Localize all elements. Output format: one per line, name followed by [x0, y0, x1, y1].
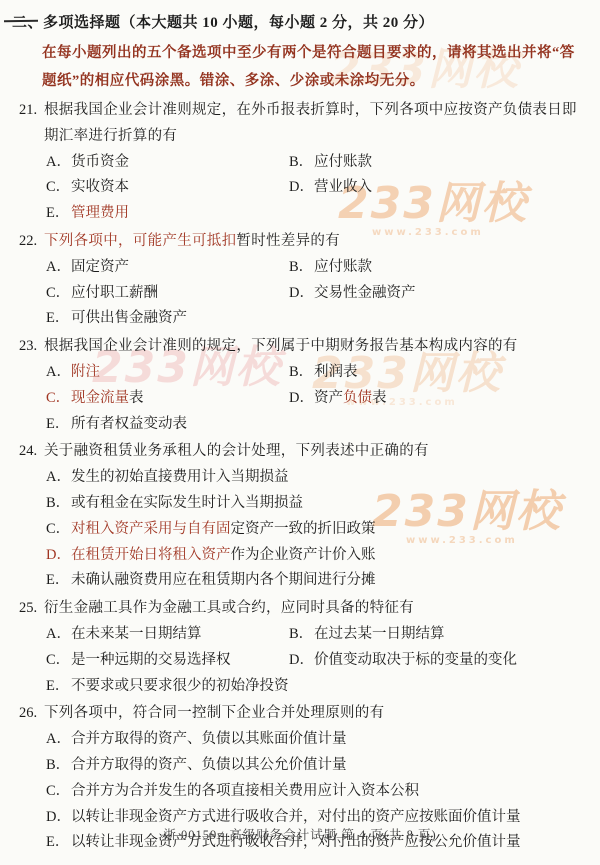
option: B．或有租金在实际发生时计入当期损益 — [46, 491, 582, 517]
option-label: B． — [289, 255, 314, 281]
option: E．所有者权益变动表 — [46, 412, 289, 438]
option-text: 在未来某一日期结算 — [71, 626, 202, 642]
option-label: C． — [46, 517, 71, 543]
text-segment: 下列各项中，可能产生可抵扣 — [44, 233, 236, 249]
instruction-line-2: 题纸”的相应代码涂黑。错涂、多涂、少涂或未涂均无分。 — [42, 68, 582, 96]
question-number: 25. — [19, 596, 37, 622]
instruction-line-1: 在每小题列出的五个备选项中至少有两个是符合题目要求的，请将其选出并将“答 — [42, 40, 582, 68]
options: A．货币资金B．应付账款C．实收资本D．营业收入E．管理费用 — [0, 150, 582, 227]
question: 21.根据我国企业会计准则规定，在外币报表折算时，下列各项中应按资产负债表日即期… — [0, 98, 582, 227]
text-segment: 在租赁开始日将租入资产 — [71, 547, 231, 563]
text-segment: 合并方取得的资产、负债以其账面价值计量 — [71, 731, 347, 747]
question: 24.关于融资租赁业务承租人的会计处理，下列表述中正确的有A．发生的初始直接费用… — [0, 439, 582, 594]
option-text: 价值变动取决于标的变量的变化 — [314, 652, 517, 668]
option: D．价值变动取决于标的变量的变化 — [289, 648, 582, 674]
option-text: 应付职工薪酬 — [71, 285, 158, 301]
text-segment: 暂时性差异的有 — [236, 233, 340, 249]
option-label: B． — [289, 622, 314, 648]
option: A．合并方取得的资产、负债以其账面价值计量 — [46, 727, 582, 753]
text-segment: 发生的初始直接费用计入当期损益 — [71, 469, 289, 485]
option: B．应付账款 — [289, 255, 582, 281]
options: A．固定资产B．应付账款C．应付职工薪酬D．交易性金融资产E．可供出售金融资产 — [0, 255, 582, 332]
text-segment: 负债 — [343, 390, 372, 406]
option-label: E． — [46, 306, 71, 332]
text-segment: 表 — [129, 390, 144, 406]
option-label: C． — [46, 281, 71, 307]
option: E．未确认融资费用应在租赁期内各个期间进行分摊 — [46, 568, 582, 594]
text-segment: 对租入资产采用与自有固 — [71, 521, 231, 537]
option: A．货币资金 — [46, 150, 289, 176]
option: C．现金流量表 — [46, 386, 289, 412]
text-segment: 不要求或只要求很少的初始净投资 — [71, 678, 289, 694]
option-text: 合并方为合并发生的各项直接相关费用应计入资本公积 — [71, 783, 419, 799]
option-text: 货币资金 — [71, 154, 129, 170]
option-text: 是一种远期的交易选择权 — [71, 652, 231, 668]
question: 23.根据我国企业会计准则的规定，下列属于中期财务报告基本构成内容的有A．附注B… — [0, 334, 582, 437]
option: E．管理费用 — [46, 201, 289, 227]
page-content: 二、多项选择题（本大题共 10 小题，每小题 2 分，共 20 分） 在每小题列… — [0, 0, 600, 856]
text-segment: 价值变动取决于标的变量的变化 — [314, 652, 517, 668]
option: C．是一种远期的交易选择权 — [46, 648, 289, 674]
text-segment: 交易性金融资产 — [314, 285, 416, 301]
question-stem: 根据我国企业会计准则的规定，下列属于中期财务报告基本构成内容的有 — [0, 334, 582, 360]
option: C．实收资本 — [46, 175, 289, 201]
text-segment: 资产 — [314, 390, 343, 406]
option-text: 应付账款 — [314, 154, 372, 170]
text-segment: 是一种远期的交易选择权 — [71, 652, 231, 668]
option-label: A． — [46, 360, 71, 386]
text-segment: 应付账款 — [314, 154, 372, 170]
text-segment: 在过去某一日期结算 — [314, 626, 445, 642]
option: D．在租赁开始日将租入资产作为企业资产计价入账 — [46, 543, 582, 569]
option-text: 发生的初始直接费用计入当期损益 — [71, 469, 289, 485]
option: C．合并方为合并发生的各项直接相关费用应计入资本公积 — [46, 779, 582, 805]
stem-line: 根据我国企业会计准则规定，在外币报表折算时，下列各项中应按资产负债表日即 — [44, 98, 582, 124]
text-segment: 附注 — [71, 364, 100, 380]
option-label: B． — [46, 491, 71, 517]
option-label: A． — [46, 727, 71, 753]
option: E．不要求或只要求很少的初始净投资 — [46, 674, 289, 700]
option: D．资产负债表 — [289, 386, 582, 412]
text-segment: 关于融资租赁业务承租人的会计处理，下列表述中正确的有 — [44, 443, 429, 459]
option: A．固定资产 — [46, 255, 289, 281]
option-text: 营业收入 — [314, 179, 372, 195]
option-text: 不要求或只要求很少的初始净投资 — [71, 678, 289, 694]
text-segment: 合并方取得的资产、负债以其公允价值计量 — [71, 757, 347, 773]
text-segment: 作为企业资产计价入账 — [231, 547, 376, 563]
option-label: C． — [46, 779, 71, 805]
option-label: D． — [46, 543, 71, 569]
options: A．附注B．利润表C．现金流量表D．资产负债表E．所有者权益变动表 — [0, 360, 582, 437]
option-label: A． — [46, 622, 71, 648]
option-label: D． — [289, 175, 314, 201]
option-label: E． — [46, 568, 71, 594]
option-text: 资产负债表 — [314, 390, 387, 406]
option-text: 或有租金在实际发生时计入当期损益 — [71, 495, 303, 511]
text-segment: 下列各项中，符合同一控制下企业合并处理原则的有 — [44, 705, 384, 721]
text-segment: 应付账款 — [314, 259, 372, 275]
text-segment: 实收资本 — [71, 179, 129, 195]
option-label: A． — [46, 150, 71, 176]
text-segment: 表 — [372, 390, 387, 406]
option-label: C． — [46, 386, 71, 412]
option: A．附注 — [46, 360, 289, 386]
question-stem: 衍生金融工具作为金融工具或合约，应同时具备的特征有 — [0, 596, 582, 622]
section-header: 二、多项选择题（本大题共 10 小题，每小题 2 分，共 20 分） — [0, 12, 582, 34]
option-text: 可供出售金融资产 — [71, 310, 187, 326]
question: 22.下列各项中，可能产生可抵扣暂时性差异的有A．固定资产B．应付账款C．应付职… — [0, 229, 582, 332]
option-label: C． — [46, 175, 71, 201]
stem-line: 下列各项中，符合同一控制下企业合并处理原则的有 — [44, 701, 582, 727]
text-segment: 根据我国企业会计准则的规定，下列属于中期财务报告基本构成内容的有 — [44, 338, 518, 354]
stem-line: 衍生金融工具作为金融工具或合约，应同时具备的特征有 — [44, 596, 582, 622]
option-label: C． — [46, 648, 71, 674]
option: A．在未来某一日期结算 — [46, 622, 289, 648]
option-text: 实收资本 — [71, 179, 129, 195]
option-label: B． — [46, 753, 71, 779]
option: B．利润表 — [289, 360, 582, 386]
stem-line: 下列各项中，可能产生可抵扣暂时性差异的有 — [44, 229, 582, 255]
option-text: 合并方取得的资产、负债以其公允价值计量 — [71, 757, 347, 773]
option-text: 对租入资产采用与自有固定资产一致的折旧政策 — [71, 521, 376, 537]
text-segment: 根据我国企业会计准则规定，在外币报表折算时，下列各项中应按资产负债表日即 — [44, 102, 577, 118]
question-number: 22. — [19, 229, 37, 255]
question-stem: 关于融资租赁业务承租人的会计处理，下列表述中正确的有 — [0, 439, 582, 465]
text-segment: 可供出售金融资产 — [71, 310, 187, 326]
text-segment: 在未来某一日期结算 — [71, 626, 202, 642]
option-text: 在租赁开始日将租入资产作为企业资产计价入账 — [71, 547, 376, 563]
options: A．在未来某一日期结算B．在过去某一日期结算C．是一种远期的交易选择权D．价值变… — [0, 622, 582, 699]
questions: 21.根据我国企业会计准则规定，在外币报表折算时，下列各项中应按资产负债表日即期… — [0, 98, 582, 856]
stem-line: 期汇率进行折算的有 — [44, 124, 582, 150]
option-label: E． — [46, 201, 71, 227]
option: C．对租入资产采用与自有固定资产一致的折旧政策 — [46, 517, 582, 543]
text-segment: 利润表 — [314, 364, 358, 380]
option-text: 现金流量表 — [71, 390, 144, 406]
question-number: 21. — [19, 98, 37, 124]
option-label: B． — [289, 360, 314, 386]
options: A．发生的初始直接费用计入当期损益B．或有租金在实际发生时计入当期损益C．对租入… — [0, 465, 582, 594]
stem-line: 关于融资租赁业务承租人的会计处理，下列表述中正确的有 — [44, 439, 582, 465]
text-segment: 或有租金在实际发生时计入当期损益 — [71, 495, 303, 511]
option-text: 以转让非现金资产方式进行吸收合并，对付出的资产应按账面价值计量 — [71, 809, 521, 825]
option-text: 合并方取得的资产、负债以其账面价值计量 — [71, 731, 347, 747]
option-label: E． — [46, 412, 71, 438]
option-label: D． — [289, 648, 314, 674]
text-segment: 定资产一致的折旧政策 — [231, 521, 376, 537]
text-segment: 应付职工薪酬 — [71, 285, 158, 301]
option-text: 利润表 — [314, 364, 358, 380]
option-text: 固定资产 — [71, 259, 129, 275]
question-number: 24. — [19, 439, 37, 465]
option-label: B． — [289, 150, 314, 176]
text-segment: 衍生金融工具作为金融工具或合约，应同时具备的特征有 — [44, 600, 414, 616]
question-stem: 下列各项中，可能产生可抵扣暂时性差异的有 — [0, 229, 582, 255]
text-segment: 固定资产 — [71, 259, 129, 275]
option-text: 应付账款 — [314, 259, 372, 275]
exam-instructions: 在每小题列出的五个备选项中至少有两个是符合题目要求的，请将其选出并将“答 题纸”… — [0, 40, 582, 95]
text-segment: 货币资金 — [71, 154, 129, 170]
option-label: A． — [46, 465, 71, 491]
option-label: A． — [46, 255, 71, 281]
option-text: 交易性金融资产 — [314, 285, 416, 301]
option-text: 在过去某一日期结算 — [314, 626, 445, 642]
page-footer: 浙 00159≠ 高级财务会计试题 第 4 页(共 8 页) — [0, 825, 600, 843]
text-segment: 合并方为合并发生的各项直接相关费用应计入资本公积 — [71, 783, 419, 799]
option-text: 附注 — [71, 364, 100, 380]
option-text: 未确认融资费用应在租赁期内各个期间进行分摊 — [71, 572, 376, 588]
option: C．应付职工薪酬 — [46, 281, 289, 307]
text-segment: 期汇率进行折算的有 — [44, 128, 177, 144]
question-number: 26. — [19, 701, 37, 727]
question-stem: 根据我国企业会计准则规定，在外币报表折算时，下列各项中应按资产负债表日即期汇率进… — [0, 98, 582, 150]
option: D．交易性金融资产 — [289, 281, 582, 307]
text-segment: 管理费用 — [71, 205, 129, 221]
exam-page: 233网校233网校www.233.com233网校233网校www.233.c… — [0, 0, 600, 865]
option-label: E． — [46, 674, 71, 700]
text-segment: 营业收入 — [314, 179, 372, 195]
question-stem: 下列各项中，符合同一控制下企业合并处理原则的有 — [0, 701, 582, 727]
option-text: 管理费用 — [71, 205, 129, 221]
text-segment: 所有者权益变动表 — [71, 416, 187, 432]
option: B．合并方取得的资产、负债以其公允价值计量 — [46, 753, 582, 779]
option: E．可供出售金融资产 — [46, 306, 289, 332]
option-label: D． — [289, 281, 314, 307]
stem-line: 根据我国企业会计准则的规定，下列属于中期财务报告基本构成内容的有 — [44, 334, 582, 360]
option: B．在过去某一日期结算 — [289, 622, 582, 648]
option-text: 所有者权益变动表 — [71, 416, 187, 432]
text-segment: 未确认融资费用应在租赁期内各个期间进行分摊 — [71, 572, 376, 588]
text-segment: 以转让非现金资产方式进行吸收合并，对付出的资产应按账面价值计量 — [71, 809, 521, 825]
option: A．发生的初始直接费用计入当期损益 — [46, 465, 582, 491]
option: D．营业收入 — [289, 175, 582, 201]
question-number: 23. — [19, 334, 37, 360]
text-segment: 现金流量 — [71, 390, 129, 406]
option: B．应付账款 — [289, 150, 582, 176]
question: 25.衍生金融工具作为金融工具或合约，应同时具备的特征有A．在未来某一日期结算B… — [0, 596, 582, 699]
option-label: D． — [289, 386, 314, 412]
